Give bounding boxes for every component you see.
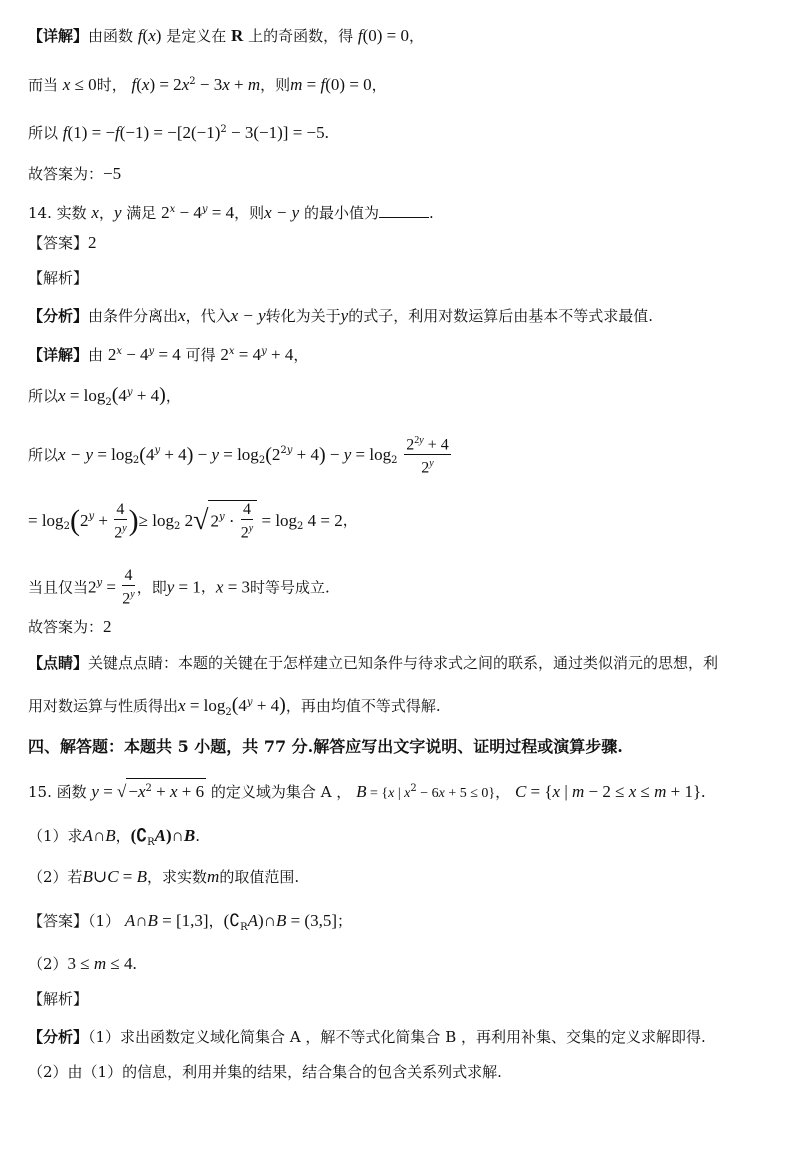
text: 是定义在	[166, 27, 226, 45]
text: 上的奇函数，得	[248, 27, 353, 45]
detail-line-3: 所以 f(1) = −f(−1) = −[2(−1)2 − 3(−1)] = −…	[28, 120, 329, 143]
answer-line-13: 故答案为：−5	[28, 164, 121, 184]
derivation-line-3: = log2(2y + 42y)≥ log2 2√2y · 42y = log2…	[28, 500, 358, 546]
text: 当且仅当	[28, 579, 88, 597]
dianjing-line-2: 用对数运算与性质得出x = log2(4y + 4)，再由均值不等式得解.	[28, 693, 441, 723]
answer-value: 2	[88, 233, 97, 252]
text: 故答案为：	[28, 165, 103, 183]
text: （1）	[88, 912, 120, 930]
text: （1）求出函数定义域化简集合 A ，解不等式化简集合 B ，再利用补集、交集的定…	[88, 1028, 706, 1046]
text: 转化为关于	[266, 307, 341, 325]
daan-tag: 【答案】	[28, 912, 88, 930]
answer-value: 2	[103, 617, 112, 636]
text: 所以	[28, 446, 58, 464]
text: ，则	[234, 204, 264, 222]
text: 的式子，利用对数运算后由基本不等式求最值.	[348, 307, 653, 325]
text: ，再由均值不等式得解.	[286, 697, 441, 715]
fenxi-tag: 【分析】	[28, 1028, 88, 1046]
answer-15-part-2: （2）3 ≤ m ≤ 4.	[28, 954, 137, 974]
xiangjie-tag: 【详解】	[28, 27, 88, 45]
text: （1）求	[28, 827, 83, 845]
text: 的最小值为	[304, 204, 379, 222]
text: 的定义域为集合 A ，	[211, 783, 351, 801]
fenxi-line-14: 【分析】由条件分离出x，代入x − y转化为关于y的式子，利用对数运算后由基本不…	[28, 306, 653, 326]
answer-blank	[379, 203, 429, 218]
fenxi-line-15-2: （2）由（1）的信息，利用并集的结果，结合集合的包含关系列式求解.	[28, 1062, 502, 1082]
fraction: 22y + 42y	[404, 432, 450, 478]
analysis-label-15: 【解析】	[28, 989, 88, 1009]
text: （2）由（1）的信息，利用并集的结果，结合集合的包含关系列式求解.	[28, 1063, 502, 1081]
derivation-line-2: 所以x − y = log2(4y + 4) − y = log2(22y + …	[28, 432, 453, 476]
text: 而当	[28, 76, 58, 94]
text: 由条件分离出	[88, 307, 178, 325]
text: 用对数运算与性质得出	[28, 697, 178, 715]
detail-line-2: 而当 x ≤ 0时， f(x) = 2x2 − 3x + m，则m = f(0)…	[28, 72, 387, 95]
derivation-line-1: 所以x = log2(4y + 4)，	[28, 383, 181, 413]
text: 所以	[28, 124, 58, 142]
text: 满足	[126, 204, 156, 222]
question-15-part-1: （1）求A∩B，(∁RA)∩B.	[28, 826, 200, 853]
text: 关键点点睛：本题的关键在于怎样建立已知条件与待求式之间的联系，通过类似消元的思想…	[88, 654, 718, 672]
text: 所以	[28, 387, 58, 405]
text: 可得	[186, 346, 216, 364]
section-heading: 四、解答题：本题共 5 小题，共 77 分.解答应写出文字说明、证明过程或演算步…	[28, 737, 623, 757]
jiexi-tag: 【解析】	[28, 990, 88, 1008]
dianjing-line-1: 【点睛】关键点点睛：本题的关键在于怎样建立已知条件与待求式之间的联系，通过类似消…	[28, 653, 718, 673]
xiangjie-line-14: 【详解】由 2x − 4y = 4 可得 2x = 4y + 4，	[28, 342, 308, 365]
text: 15. 函数	[28, 783, 87, 801]
answer-value: −5	[103, 164, 121, 183]
text: ，即	[137, 579, 167, 597]
text: 的取值范围.	[219, 868, 299, 886]
answer-15-part-1: 【答案】（1） A∩B = [1,3]，(∁RA)∩B = (3,5]；	[28, 911, 352, 938]
text: ，代入	[186, 307, 231, 325]
text: 时等号成立.	[250, 579, 330, 597]
question-14: 14. 实数 x，y 满足 2x − 4y = 4，则x − y 的最小值为.	[28, 200, 434, 223]
text: 由函数	[88, 27, 133, 45]
text: ，	[99, 204, 114, 222]
daan-tag: 【答案】	[28, 234, 88, 252]
answer-line-14: 故答案为：2	[28, 617, 112, 637]
detail-line-1: 【详解】由函数 f(x) 是定义在 R 上的奇函数，得 f(0) = 0，	[28, 26, 424, 46]
dianjing-tag: 【点睛】	[28, 654, 88, 672]
analysis-label-14: 【解析】	[28, 268, 88, 288]
question-15-part-2: （2）若B∪C = B，求实数m的取值范围.	[28, 867, 299, 887]
jiexi-tag: 【解析】	[28, 269, 88, 287]
question-15: 15. 函数 y = √−x2 + x + 6 的定义域为集合 A ， B = …	[28, 778, 705, 804]
text: 由	[88, 346, 103, 364]
xiangjie-tag: 【详解】	[28, 346, 88, 364]
answer-label-14: 【答案】2	[28, 233, 97, 253]
text: （2）若	[28, 868, 83, 886]
text: 故答案为：	[28, 618, 103, 636]
equality-condition: 当且仅当2y = 42y，即y = 1，x = 3时等号成立.	[28, 567, 330, 611]
text: 时，	[97, 76, 127, 94]
fenxi-line-15-1: 【分析】（1）求出函数定义域化简集合 A ，解不等式化简集合 B ，再利用补集、…	[28, 1027, 706, 1047]
text: ，求实数	[147, 868, 207, 886]
text: ，则	[260, 76, 290, 94]
text: （2）	[28, 955, 68, 973]
fenxi-tag: 【分析】	[28, 307, 88, 325]
text: 14. 实数	[28, 204, 87, 222]
